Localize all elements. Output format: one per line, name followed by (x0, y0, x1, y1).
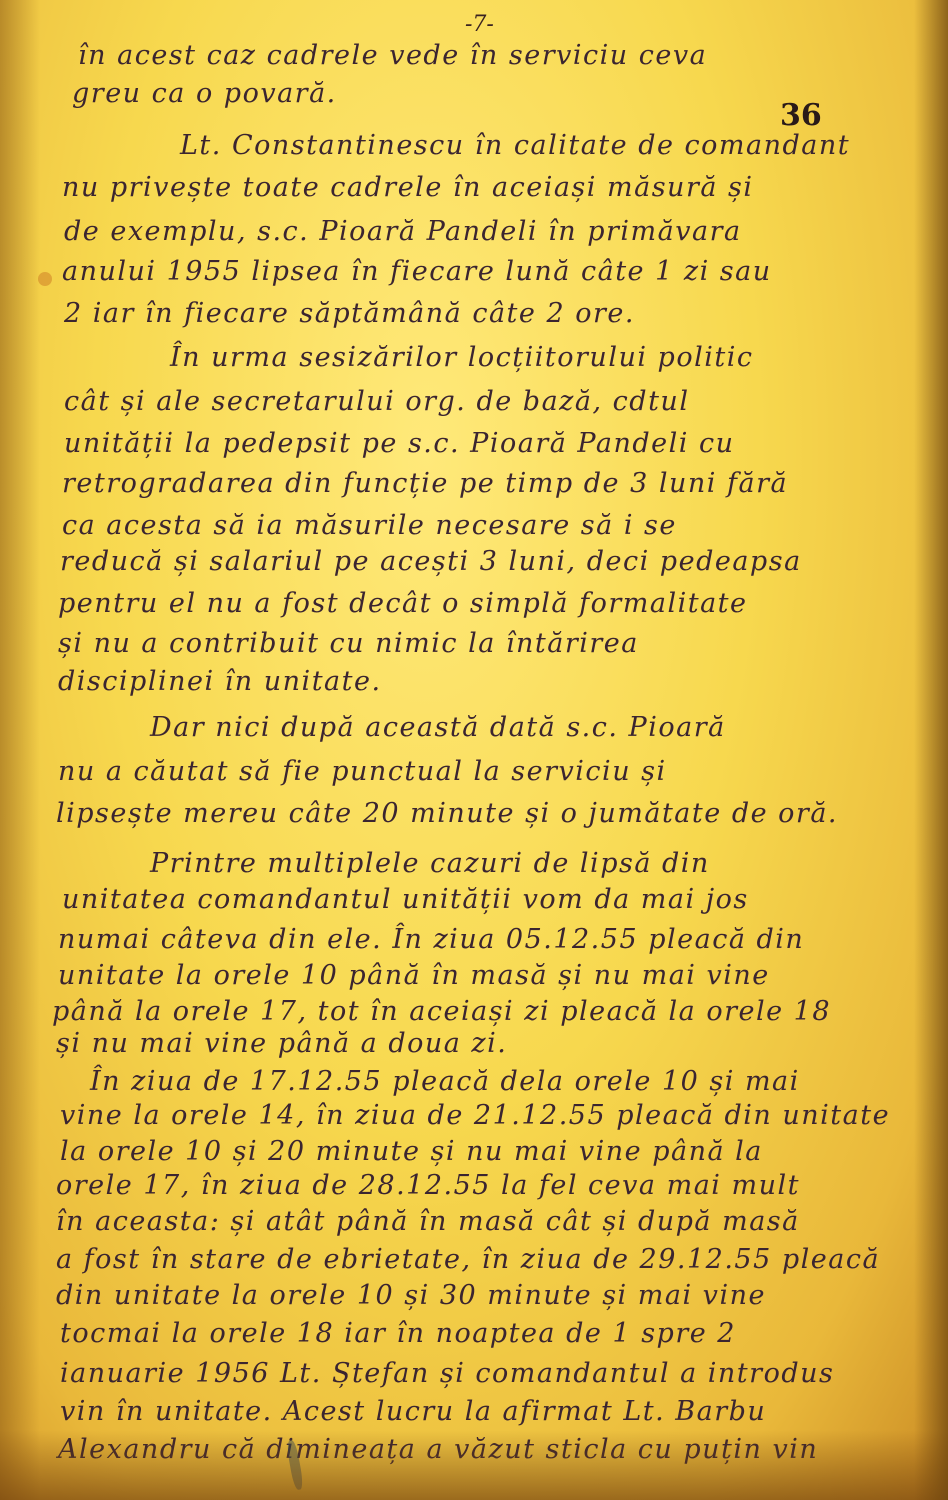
text-line: numai câteva din ele. În ziua 05.12.55 p… (58, 924, 804, 955)
text-line: Dar nici după această dată s.c. Pioară (150, 712, 726, 743)
text-line: unității la pedepsit pe s.c. Pioară Pand… (64, 428, 735, 459)
paper-stain (38, 272, 52, 286)
text-line: până la orele 17, tot în aceiași zi plea… (52, 996, 831, 1027)
page-header-mark: -7- (465, 12, 494, 37)
text-line: Lt. Constantinescu în calitate de comand… (180, 130, 850, 161)
text-line: a fost în stare de ebrietate, în ziua de… (56, 1244, 880, 1275)
text-line: cât și ale secretarului org. de bază, cd… (64, 386, 689, 417)
text-line: disciplinei în unitate. (58, 666, 382, 697)
text-line: lipsește mereu câte 20 minute și o jumăt… (56, 798, 838, 829)
text-line: și nu mai vine până a doua zi. (56, 1028, 507, 1059)
text-line: vine la orele 14, în ziua de 21.12.55 pl… (60, 1100, 890, 1131)
text-line: ca acesta să ia măsurile necesare să i s… (62, 510, 677, 541)
text-line: nu privește toate cadrele în aceiași măs… (62, 172, 754, 203)
text-line: anului 1955 lipsea în fiecare lună câte … (62, 256, 772, 287)
text-line: greu ca o povară. (72, 78, 337, 109)
text-line: reducă și salariul pe acești 3 luni, dec… (60, 546, 802, 577)
text-line: tocmai la orele 18 iar în noaptea de 1 s… (60, 1318, 736, 1349)
text-line: la orele 10 și 20 minute și nu mai vine … (60, 1136, 763, 1167)
text-line: nu a căutat să fie punctual la serviciu … (58, 756, 667, 787)
text-line: În urma sesizărilor locțiitorului politi… (170, 342, 753, 373)
text-line: în aceasta: și atât până în masă cât și … (56, 1206, 800, 1237)
text-line: 2 iar în fiecare săptămână câte 2 ore. (64, 298, 635, 329)
text-line: ianuarie 1956 Lt. Ștefan și comandantul … (60, 1358, 834, 1389)
text-line: retrogradarea din funcție pe timp de 3 l… (62, 468, 788, 499)
text-line: vin în unitate. Acest lucru la afirmat L… (60, 1396, 766, 1427)
handwritten-document-page: -7- 36 în acest caz cadrele vede în serv… (0, 0, 948, 1500)
text-line: pentru el nu a fost decât o simplă forma… (58, 588, 748, 619)
text-line: unitatea comandantul unității vom da mai… (62, 884, 749, 915)
text-line: și nu a contribuit cu nimic la întărirea (58, 628, 639, 659)
text-line: în acest caz cadrele vede în serviciu ce… (78, 40, 707, 71)
text-line: În ziua de 17.12.55 pleacă dela orele 10… (90, 1066, 800, 1097)
text-line: orele 17, în ziua de 28.12.55 la fel cev… (56, 1170, 800, 1201)
text-line: din unitate la orele 10 și 30 minute și … (56, 1280, 766, 1311)
page-number: 36 (780, 98, 822, 133)
page-bottom-shadow (0, 1430, 948, 1500)
text-line: Printre multiplele cazuri de lipsă din (150, 848, 710, 879)
text-line: de exemplu, s.c. Pioară Pandeli în primă… (64, 216, 742, 247)
text-line: unitate la orele 10 până în masă și nu m… (58, 960, 770, 991)
